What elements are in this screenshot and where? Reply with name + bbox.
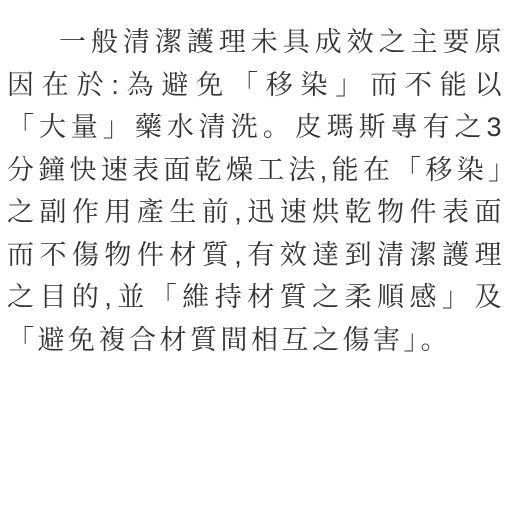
document-page: 一般清潔護理未具成效之主要原因在於:為避免「移染」而不能以「大量」藥水清洗。皮瑪… [0,0,520,520]
body-paragraph: 一般清潔護理未具成效之主要原因在於:為避免「移染」而不能以「大量」藥水清洗。皮瑪… [7,21,505,361]
